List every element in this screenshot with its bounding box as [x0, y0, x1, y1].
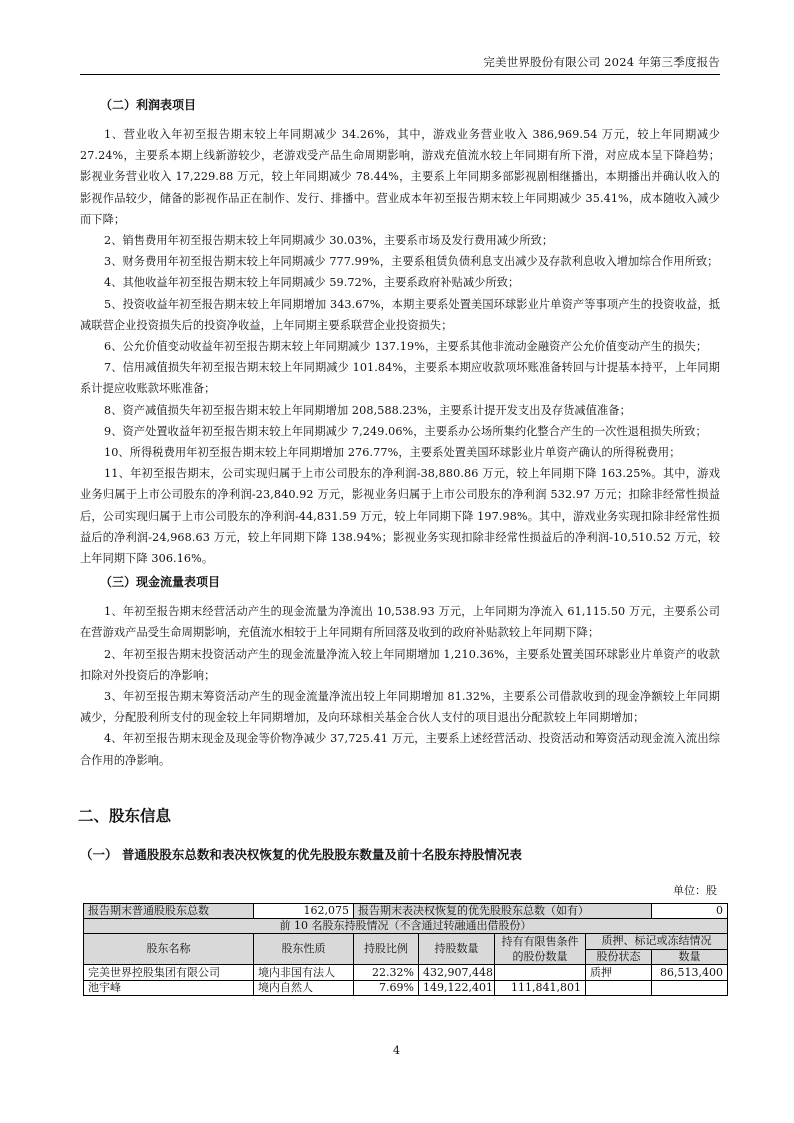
preferred-shareholders-label: 报告期末表决权恢复的优先股股东总数（如有） — [354, 904, 652, 919]
cashflow-item-4: 4、年初至报告期末现金及现金等价物净减少 37,725.41 万元，主要系上述经… — [80, 728, 720, 770]
header-row-1: 股东名称 股东性质 持股比例 持股数量 持有有限售条件的股份数量 质押、标记或冻… — [84, 934, 728, 950]
col-header-name: 股东名称 — [84, 934, 254, 965]
shareholder-nature: 境内非国有法人 — [254, 965, 354, 981]
income-item-9: 9、资产处置收益年初至报告期末较上年同期减少 7,249.06%，主要系办公场所… — [80, 421, 720, 442]
common-shareholders-value: 162,075 — [254, 904, 354, 919]
shareholder-pledge-status — [586, 981, 652, 996]
col-header-nature: 股东性质 — [254, 934, 354, 965]
income-item-5: 5、投资收益年初至报告期末较上年同期增加 343.67%，本期主要系处置美国环球… — [80, 294, 720, 336]
shareholder-pledge-quantity: 86,513,400 — [652, 965, 728, 981]
shareholder-restricted — [495, 965, 586, 981]
common-shareholders-label: 报告期末普通股股东总数 — [84, 904, 254, 919]
income-section-title: （二）利润表项目 — [100, 96, 720, 114]
table-row: 池宇峰 境内自然人 7.69% 149,122,401 111,841,801 — [84, 981, 728, 996]
shareholder-ratio: 7.69% — [354, 981, 419, 996]
page-number: 4 — [393, 1044, 400, 1057]
cashflow-section-title: （三）现金流量表项目 — [100, 573, 720, 591]
shareholder-restricted: 111,841,801 — [495, 981, 586, 996]
shareholder-quantity: 149,122,401 — [419, 981, 495, 996]
col-header-ratio: 持股比例 — [354, 934, 419, 965]
income-item-1: 1、营业收入年初至报告期末较上年同期减少 34.26%，其中，游戏业务营业收入 … — [80, 124, 720, 230]
page-header: 完美世界股份有限公司 2024 年第三季度报告 — [80, 52, 720, 75]
main-content: （二）利润表项目 1、营业收入年初至报告期末较上年同期减少 34.26%，其中，… — [80, 96, 720, 771]
cashflow-item-1: 1、年初至报告期末经营活动产生的现金流量为净流出 10,538.93 万元，上年… — [80, 601, 720, 643]
income-item-8: 8、资产减值损失年初至报告期末较上年同期增加 208,588.23%，主要系计提… — [80, 400, 720, 421]
income-item-7: 7、信用减值损失年初至报告期末较上年同期减少 101.84%，主要系本期应收款项… — [80, 357, 720, 399]
col-header-pledge-quantity: 数量 — [652, 949, 728, 965]
preferred-shareholders-value: 0 — [652, 904, 728, 919]
col-header-pledge-status: 股份状态 — [586, 949, 652, 965]
table-row: 完美世界控股集团有限公司 境内非国有法人 22.32% 432,907,448 … — [84, 965, 728, 981]
top10-caption: 前 10 名股东持股情况（不含通过转融通出借股份） — [84, 919, 728, 934]
col-header-quantity: 持股数量 — [419, 934, 495, 965]
shareholder-table: 报告期末普通股股东总数 162,075 报告期末表决权恢复的优先股股东总数（如有… — [83, 903, 728, 996]
income-item-4: 4、其他收益年初至报告期末较上年同期减少 59.72%，主要系政府补贴减少所致； — [80, 272, 720, 293]
cashflow-item-2: 2、年初至报告期末投资活动产生的现金流量净流入较上年同期增加 1,210.36%… — [80, 644, 720, 686]
shareholder-ratio: 22.32% — [354, 965, 419, 981]
shareholder-nature: 境内自然人 — [254, 981, 354, 996]
income-item-2: 2、销售费用年初至报告期末较上年同期减少 30.03%，主要系市场及发行费用减少… — [80, 230, 720, 251]
col-header-pledge-group: 质押、标记或冻结情况 — [586, 934, 728, 950]
col-header-restricted: 持有有限售条件的股份数量 — [495, 934, 586, 965]
cashflow-item-3: 3、年初至报告期末筹资活动产生的现金流量净流出较上年同期增加 81.32%，主要… — [80, 686, 720, 728]
unit-label: 单位：股 — [673, 882, 717, 898]
shareholder-quantity: 432,907,448 — [419, 965, 495, 981]
shareholder-table-title: （一） 普通股股东总数和表决权恢复的优先股股东数量及前十名股东持股情况表 — [80, 845, 522, 863]
shareholder-pledge-status: 质押 — [586, 965, 652, 981]
report-title: 完美世界股份有限公司 2024 年第三季度报告 — [483, 54, 720, 70]
shareholder-section-title: 二、股东信息 — [78, 804, 171, 826]
shareholder-name: 完美世界控股集团有限公司 — [84, 965, 254, 981]
shareholder-pledge-quantity — [652, 981, 728, 996]
income-item-6: 6、公允价值变动收益年初至报告期末较上年同期减少 137.19%，主要系其他非流… — [80, 336, 720, 357]
top10-caption-row: 前 10 名股东持股情况（不含通过转融通出借股份） — [84, 919, 728, 934]
summary-row: 报告期末普通股股东总数 162,075 报告期末表决权恢复的优先股股东总数（如有… — [84, 904, 728, 919]
income-item-10: 10、所得税费用年初至报告期末较上年同期增加 276.77%，主要系处置美国环球… — [80, 442, 720, 463]
income-item-3: 3、财务费用年初至报告期末较上年同期减少 777.99%，主要系租赁负债利息支出… — [80, 251, 720, 272]
income-item-11: 11、年初至报告期末，公司实现归属于上市公司股东的净利润-38,880.86 万… — [80, 463, 720, 569]
shareholder-name: 池宇峰 — [84, 981, 254, 996]
